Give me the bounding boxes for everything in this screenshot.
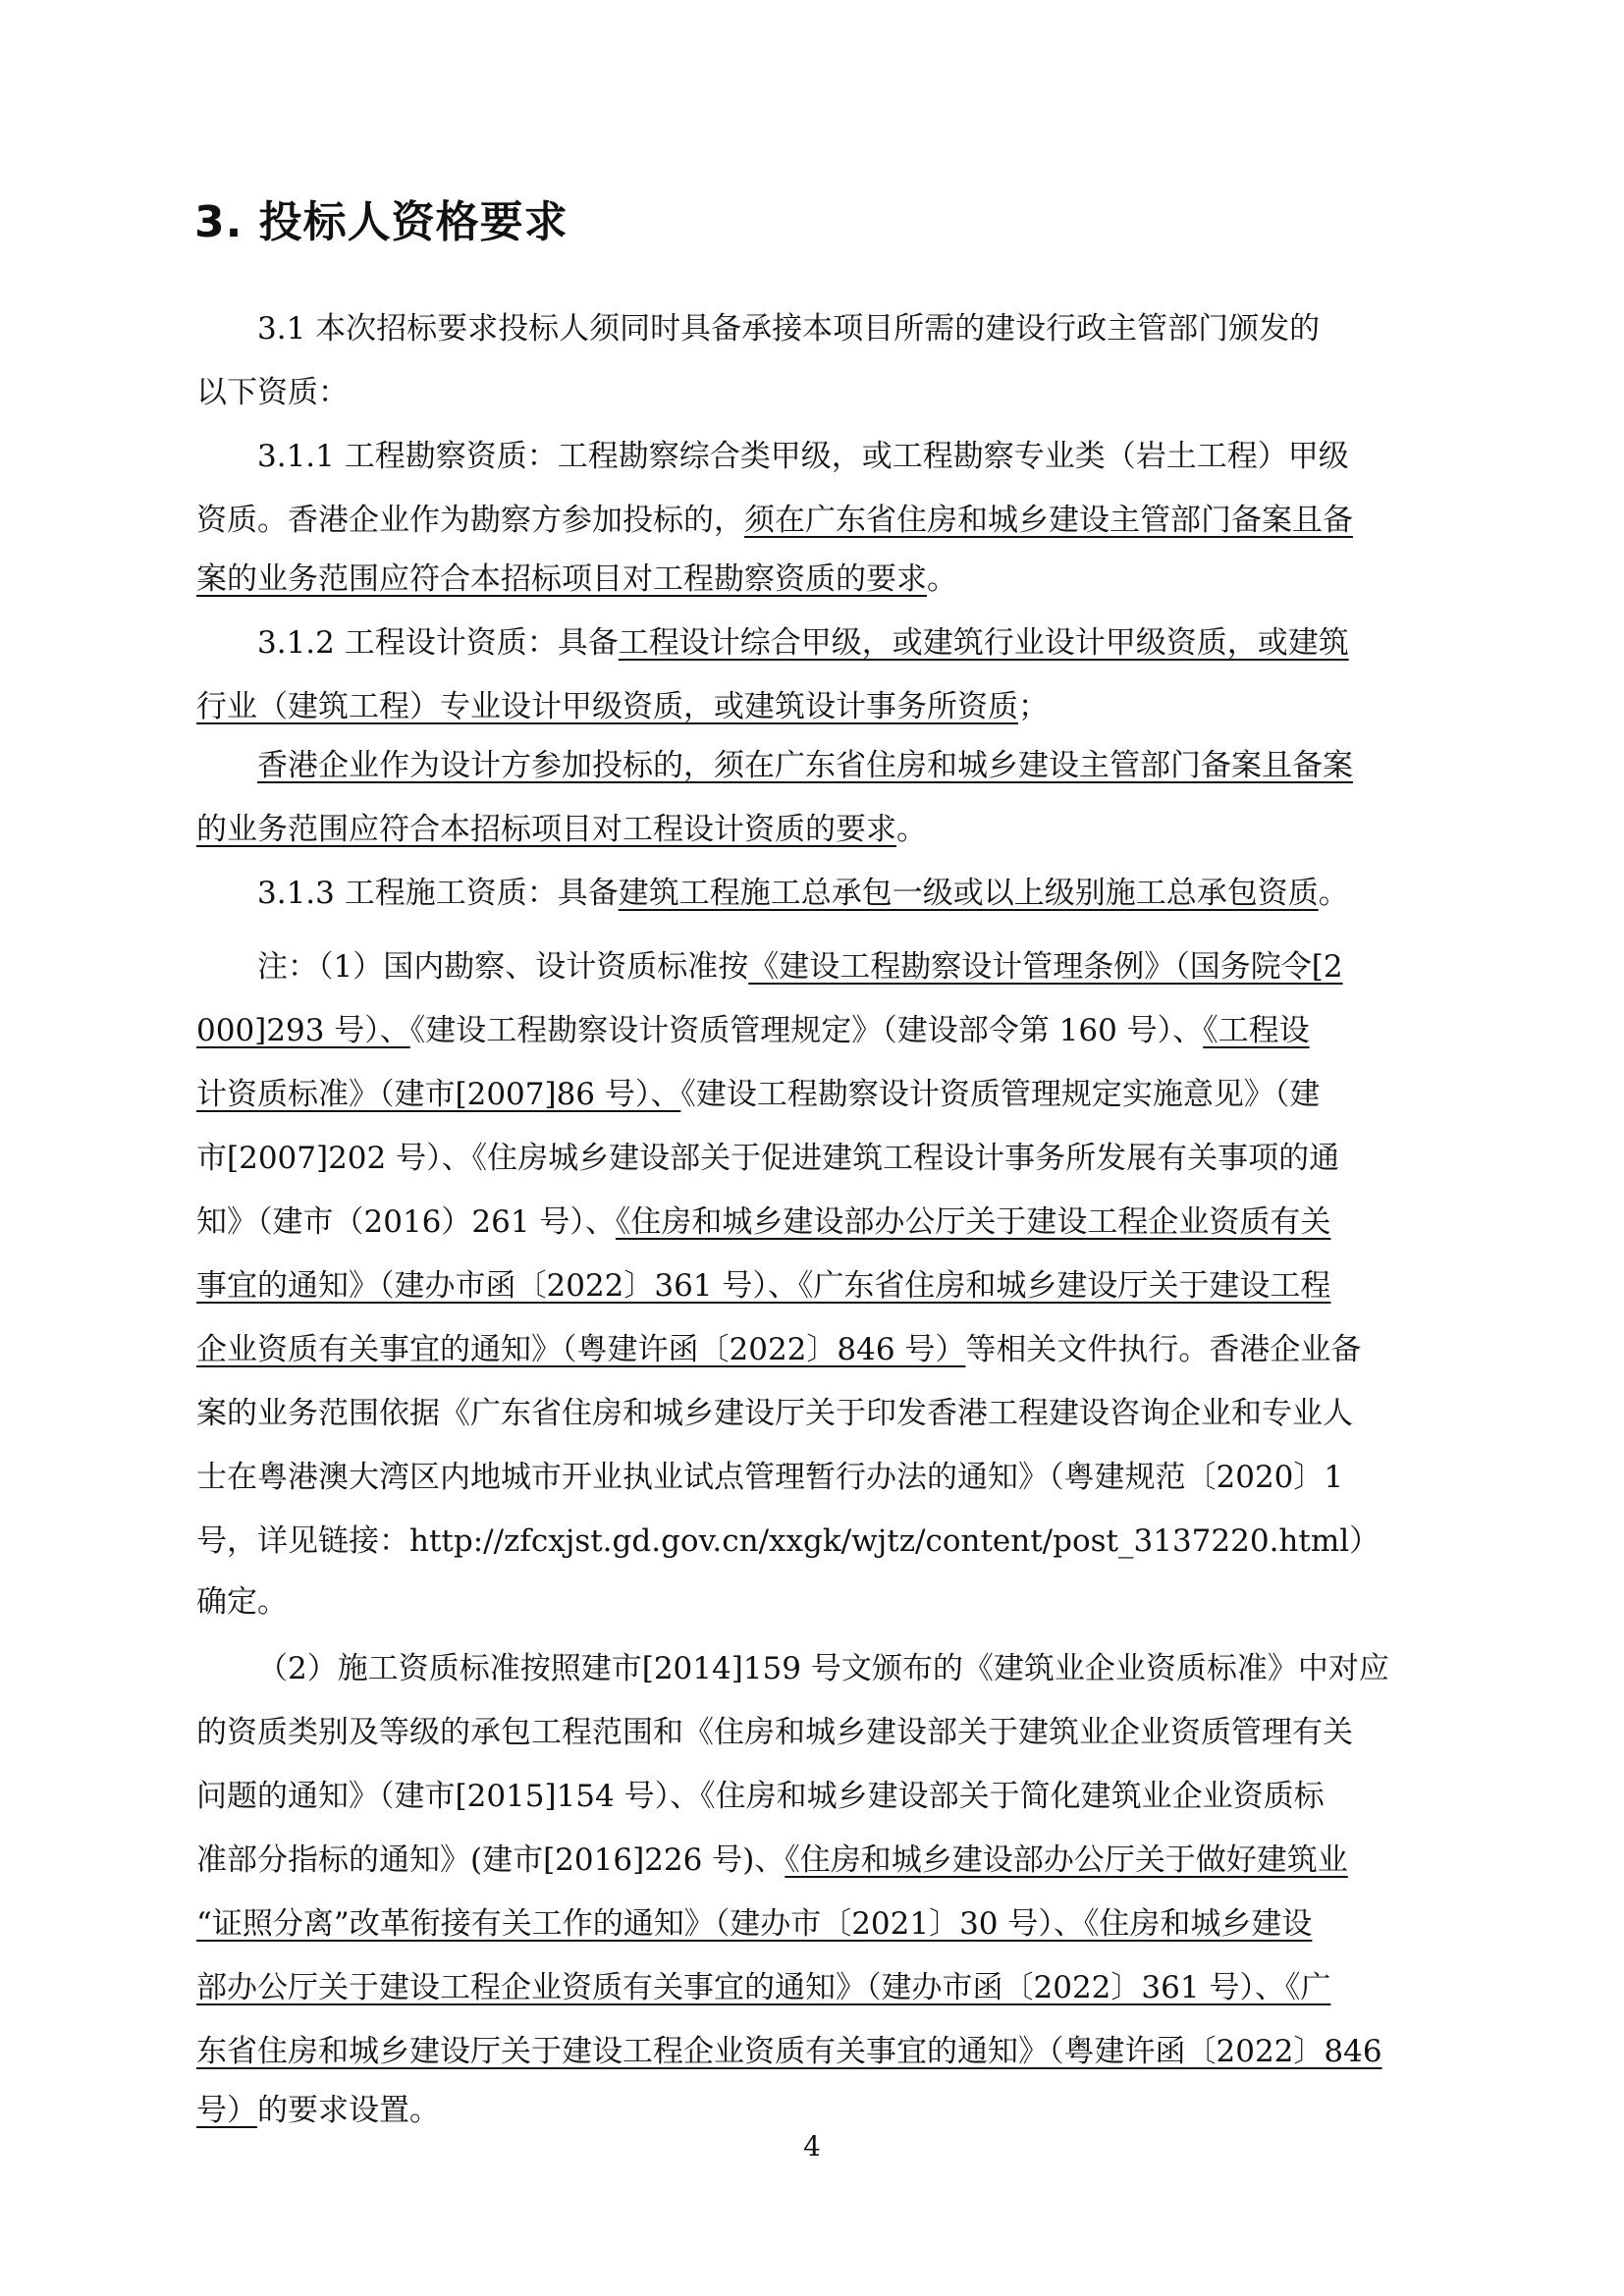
underlined-text: 事宜的通知》（建办市函〔2022〕361 号）、《广东省住房和城乡建设厅关于建设…	[196, 1268, 1330, 1304]
underlined-text: 建筑工程施工总承包一级或以上级别施工总承包资质	[619, 876, 1319, 911]
text-line: 香港企业作为设计方参加投标的，须在广东省住房和城乡建设主管部门备案且备案	[257, 746, 1443, 785]
text-line: 事宜的通知》（建办市函〔2022〕361 号）、《广东省住房和城乡建设厅关于建设…	[196, 1266, 1443, 1306]
text-segment: 士在粤港澳大湾区内地城市开业执业试点管理暂行办法的通知》（粤建规范〔2020〕1	[196, 1460, 1343, 1495]
underlined-text: 须在广东省住房和城乡建设主管部门备案且备	[744, 503, 1353, 538]
text-segment: 《建设工程勘察设计资质管理规定》（建设部令第 160 号）、	[410, 1013, 1203, 1048]
text-segment: 资质。香港企业作为勘察方参加投标的，	[196, 503, 744, 538]
text-segment: 号，详见链接：http://zfcxjst.gd.gov.cn/xxgk/wjt…	[196, 1523, 1380, 1559]
underlined-text: 香港企业作为设计方参加投标的，须在广东省住房和城乡建设主管部门备案且备案	[257, 748, 1353, 783]
text-line: 3.1 本次招标要求投标人须同时具备承接本项目所需的建设行政主管部门颁发的	[257, 309, 1443, 348]
text-line: 3.1.3 工程施工资质：具备建筑工程施工总承包一级或以上级别施工总承包资质。	[257, 874, 1443, 913]
text-line: 市[2007]202 号）、《住房城乡建设部关于促进建筑工程设计事务所发展有关事…	[196, 1139, 1443, 1178]
text-line: 号，详见链接：http://zfcxjst.gd.gov.cn/xxgk/wjt…	[196, 1522, 1443, 1561]
underlined-text: 《住房和城乡建设部办公厅关于建设工程企业资质有关	[616, 1204, 1331, 1240]
text-line: 000]293 号）、《建设工程勘察设计资质管理规定》（建设部令第 160 号）…	[196, 1011, 1443, 1050]
underlined-text: 企业资质有关事宜的通知》（粤建许函〔2022〕846 号）	[196, 1332, 965, 1367]
underlined-text: 工程设计综合甲级，或建筑行业设计甲级资质，或建筑	[619, 625, 1349, 661]
text-line: 的业务范围应符合本招标项目对工程设计资质的要求。	[196, 810, 1443, 849]
text-segment: 知》（建市（2016）261 号）、	[196, 1204, 616, 1240]
text-line: 企业资质有关事宜的通知》（粤建许函〔2022〕846 号）等相关文件执行。香港企…	[196, 1330, 1443, 1369]
text-segment: 。	[896, 812, 927, 847]
text-segment: （2）施工资质标准按照建市[2014]159 号文颁布的《建筑业企业资质标准》中…	[257, 1651, 1389, 1686]
text-segment: 等相关文件执行。香港企业备	[965, 1332, 1361, 1367]
text-segment: 《建设工程勘察设计资质管理规定实施意见》（建	[680, 1077, 1320, 1112]
text-line: 的资质类别及等级的承包工程范围和《住房和城乡建设部关于建筑业企业资质管理有关	[196, 1713, 1443, 1752]
text-segment: 3.1 本次招标要求投标人须同时具备承接本项目所需的建设行政主管部门颁发的	[257, 311, 1320, 347]
text-line: 3.1.1 工程勘察资质：工程勘察综合类甲级，或工程勘察专业类（岩土工程）甲级	[257, 437, 1443, 476]
text-line: 计资质标准》（建市[2007]86 号）、《建设工程勘察设计资质管理规定实施意见…	[196, 1075, 1443, 1114]
text-segment: 的要求设置。	[257, 2093, 440, 2128]
text-segment: 确定。	[196, 1584, 288, 1620]
document-page: 3. 投标人资格要求 3.1 本次招标要求投标人须同时具备承接本项目所需的建设行…	[0, 0, 1624, 2296]
text-segment: 准部分指标的通知》(建市[2016]226 号)、	[196, 1842, 785, 1878]
text-segment: 市[2007]202 号）、《住房城乡建设部关于促进建筑工程设计事务所发展有关事…	[196, 1141, 1339, 1176]
text-line: 确定。	[196, 1582, 1443, 1622]
underlined-text: 的业务范围应符合本招标项目对工程设计资质的要求	[196, 812, 896, 847]
underlined-text: 计资质标准》（建市[2007]86 号）、	[196, 1077, 680, 1112]
text-line: 注：（1）国内勘察、设计资质标准按《建设工程勘察设计管理条例》（国务院令[2	[257, 947, 1443, 987]
underlined-text: 东省住房和城乡建设厅关于建设工程企业资质有关事宜的通知》（粤建许函〔2022〕8…	[196, 2034, 1382, 2069]
text-segment: 3.1.1 工程勘察资质：工程勘察综合类甲级，或工程勘察专业类（岩土工程）甲级	[257, 439, 1349, 474]
text-segment: ；	[1018, 689, 1049, 724]
text-line: 资质。香港企业作为勘察方参加投标的，须在广东省住房和城乡建设主管部门备案且备	[196, 501, 1443, 540]
text-line: 问题的通知》（建市[2015]154 号）、《住房和城乡建设部关于简化建筑业企业…	[196, 1777, 1443, 1816]
underlined-text: “证照分离”改革衔接有关工作的通知》（建办市〔2021〕30 号）、《住房和城乡…	[196, 1906, 1312, 1942]
text-line: 以下资质：	[196, 373, 1443, 412]
text-line: 东省住房和城乡建设厅关于建设工程企业资质有关事宜的通知》（粤建许函〔2022〕8…	[196, 2032, 1443, 2071]
underlined-text: 案的业务范围应符合本招标项目对工程勘察资质的要求	[196, 561, 927, 597]
text-line: 准部分指标的通知》(建市[2016]226 号)、《住房和城乡建设部办公厅关于做…	[196, 1841, 1443, 1880]
underlined-text: 部办公厅关于建设工程企业资质有关事宜的通知》（建办市函〔2022〕361 号）、…	[196, 1970, 1330, 2005]
text-line: 案的业务范围依据《广东省住房和城乡建设厅关于印发香港工程建设咨询企业和专业人	[196, 1394, 1443, 1433]
text-line: 知》（建市（2016）261 号）、《住房和城乡建设部办公厅关于建设工程企业资质…	[196, 1202, 1443, 1242]
text-segment: 注：（1）国内勘察、设计资质标准按	[257, 949, 748, 985]
underlined-text: 000]293 号）、	[196, 1013, 410, 1048]
text-line: （2）施工资质标准按照建市[2014]159 号文颁布的《建筑业企业资质标准》中…	[257, 1649, 1443, 1688]
text-segment: 的资质类别及等级的承包工程范围和《住房和城乡建设部关于建筑业企业资质管理有关	[196, 1715, 1353, 1750]
section-title: 3. 投标人资格要求	[194, 187, 568, 249]
underlined-text: 《工程设	[1203, 1013, 1310, 1048]
text-line: “证照分离”改革衔接有关工作的通知》（建办市〔2021〕30 号）、《住房和城乡…	[196, 1904, 1443, 1944]
underlined-text: 行业（建筑工程）专业设计甲级资质，或建筑设计事务所资质	[196, 689, 1018, 724]
text-segment: 问题的通知》（建市[2015]154 号）、《住房和城乡建设部关于简化建筑业企业…	[196, 1779, 1325, 1814]
text-segment: 。	[927, 561, 957, 597]
text-line: 3.1.2 工程设计资质：具备工程设计综合甲级，或建筑行业设计甲级资质，或建筑	[257, 623, 1443, 663]
underlined-text: 《住房和城乡建设部办公厅关于做好建筑业	[785, 1842, 1348, 1878]
text-line: 行业（建筑工程）专业设计甲级资质，或建筑设计事务所资质；	[196, 687, 1443, 726]
text-line: 部办公厅关于建设工程企业资质有关事宜的通知》（建办市函〔2022〕361 号）、…	[196, 1968, 1443, 2007]
text-line: 士在粤港澳大湾区内地城市开业执业试点管理暂行办法的通知》（粤建规范〔2020〕1	[196, 1458, 1443, 1497]
text-segment: 以下资质：	[196, 375, 349, 410]
text-segment: 3.1.3 工程施工资质：具备	[257, 876, 619, 911]
text-line: 案的业务范围应符合本招标项目对工程勘察资质的要求。	[196, 560, 1443, 599]
text-segment: 3.1.2 工程设计资质：具备	[257, 625, 619, 661]
page-number: 4	[0, 2130, 1624, 2163]
underlined-text: 《建设工程勘察设计管理条例》（国务院令[2	[748, 949, 1342, 985]
text-segment: 。	[1319, 876, 1349, 911]
text-line: 号）的要求设置。	[196, 2091, 1443, 2130]
text-segment: 案的业务范围依据《广东省住房和城乡建设厅关于印发香港工程建设咨询企业和专业人	[196, 1396, 1353, 1431]
underlined-text: 号）	[196, 2093, 257, 2128]
